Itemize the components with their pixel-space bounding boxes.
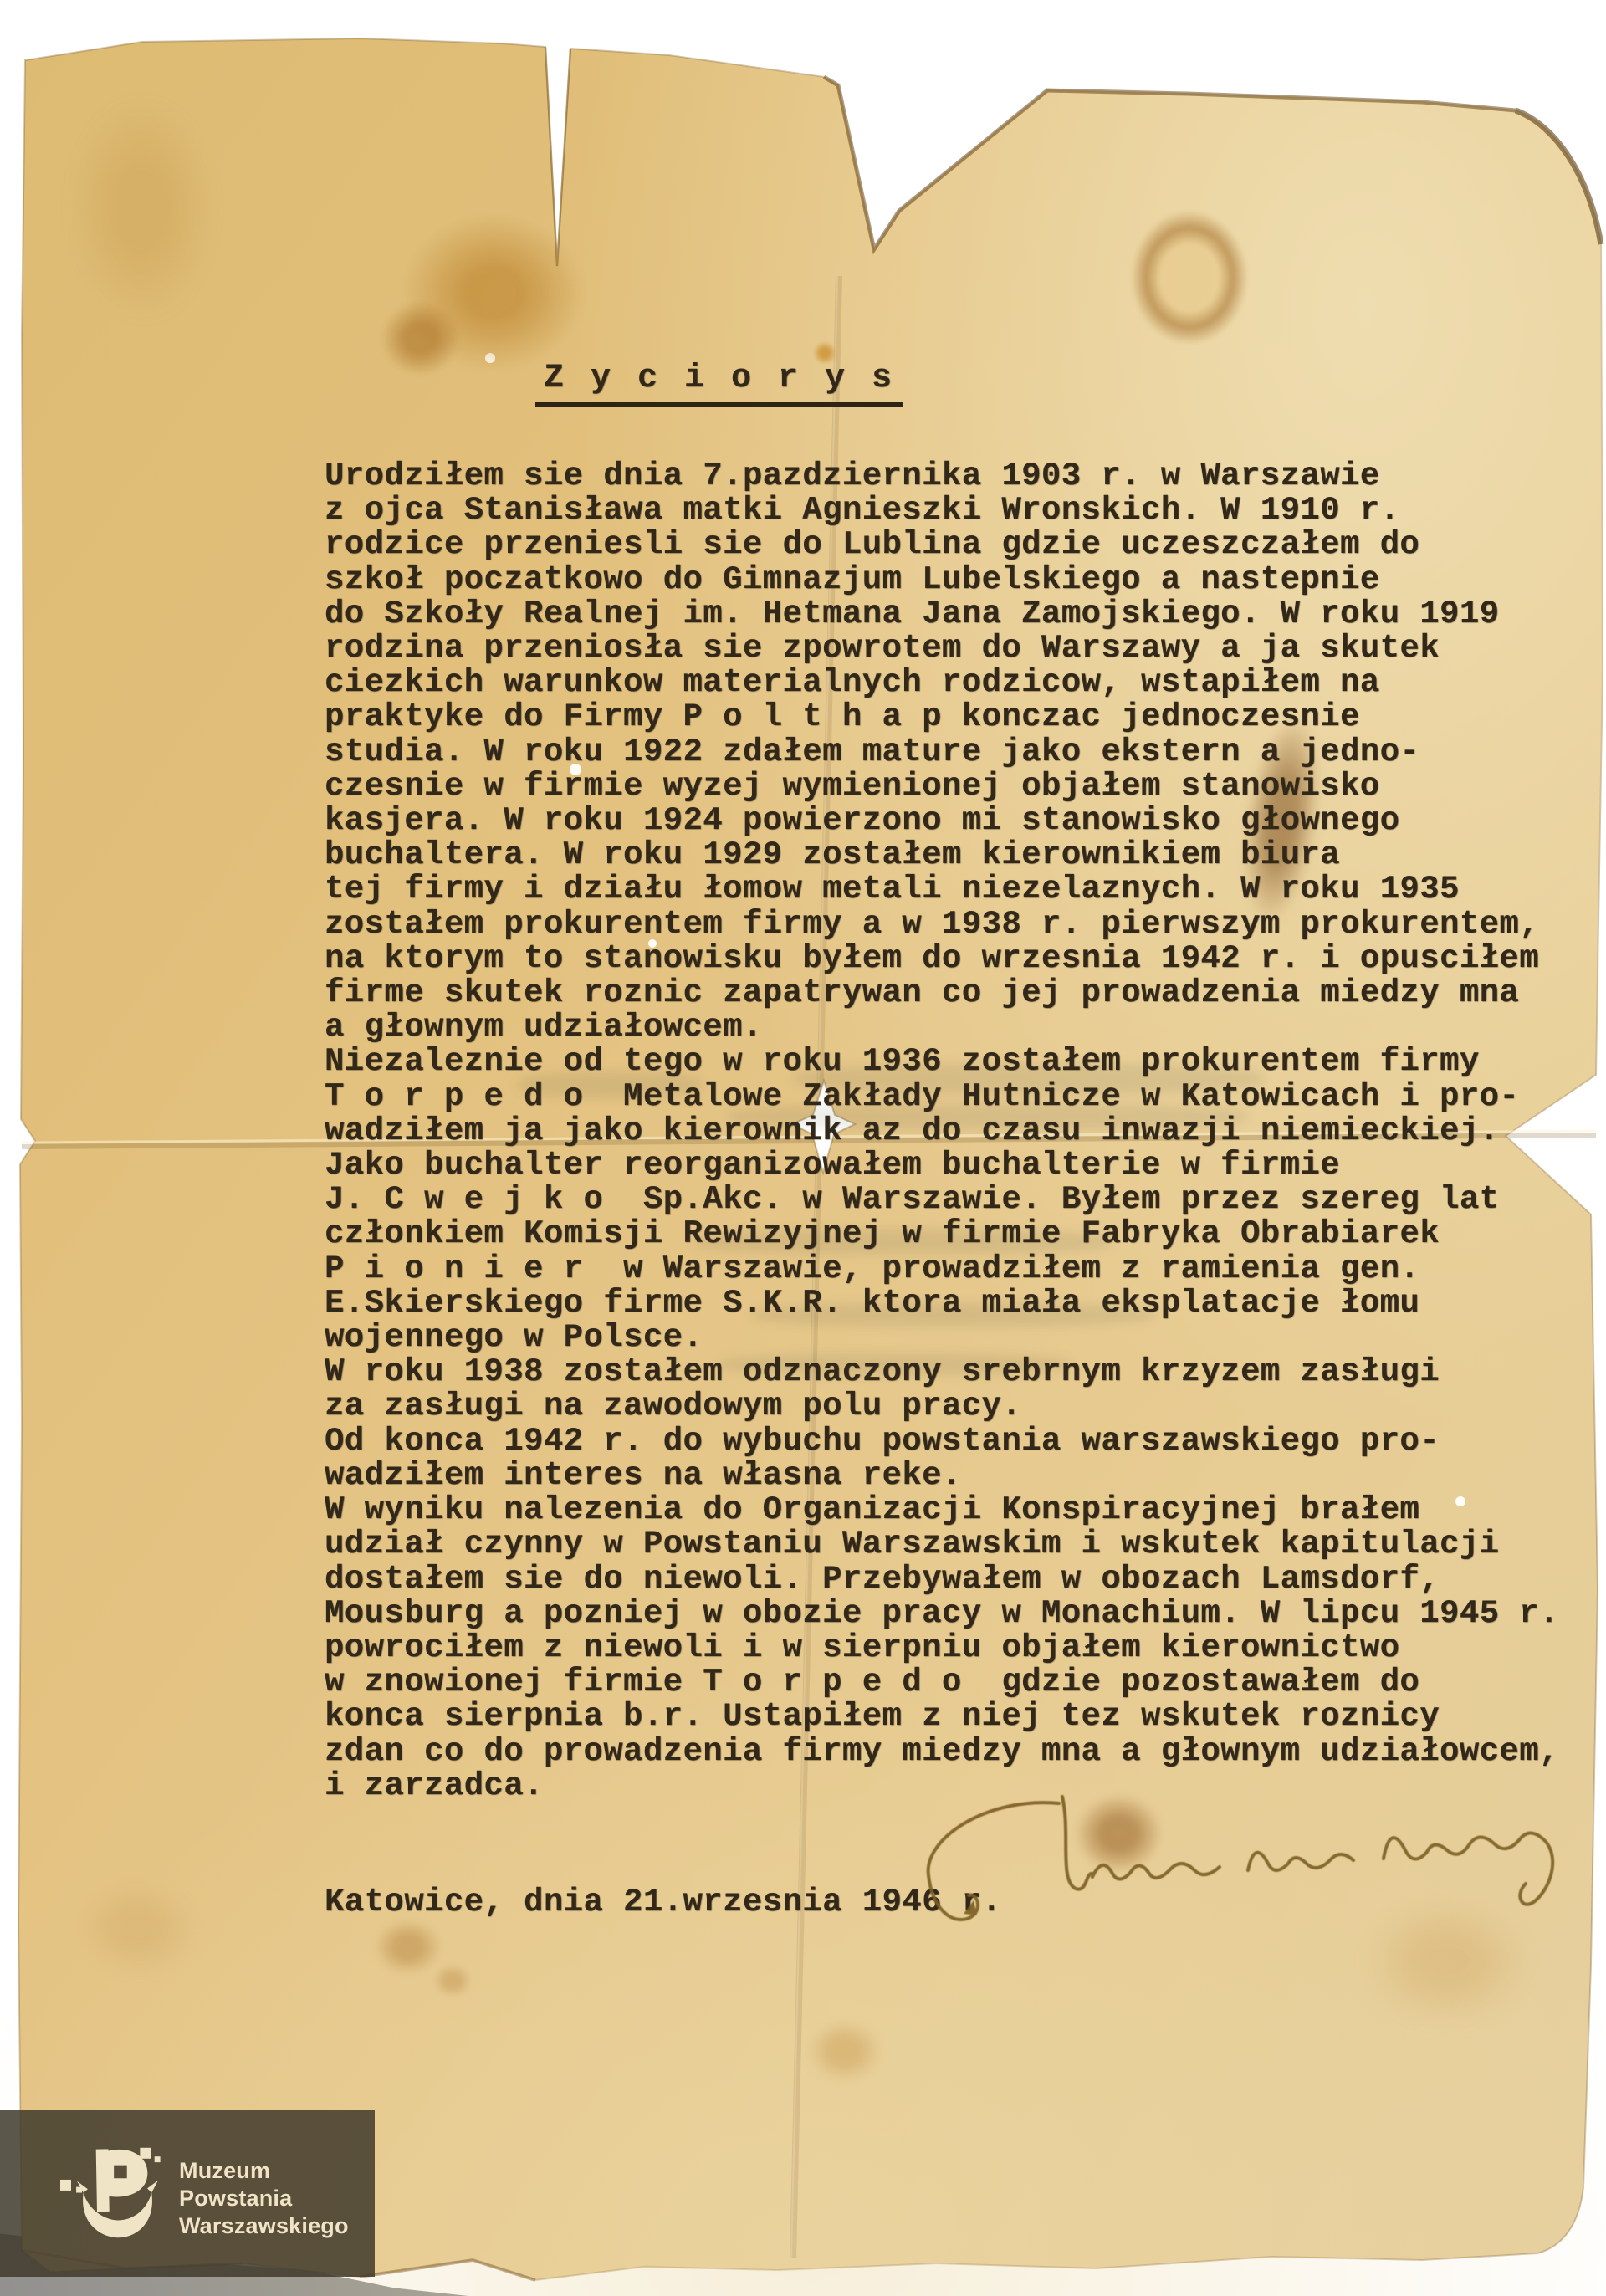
- scanned-document-page: Z y c i o r y s Urodziłem sie dnia 7.paz…: [0, 0, 1606, 2296]
- watermark-line: Powstania: [179, 2185, 349, 2212]
- kotwica-anchor-icon: [60, 2140, 169, 2251]
- watermark-line: Muzeum: [179, 2157, 349, 2185]
- museum-watermark: Muzeum Powstania Warszawskiego: [0, 2110, 375, 2277]
- watermark-line: Warszawskiego: [179, 2212, 349, 2240]
- handwritten-signature: [0, 0, 1606, 2296]
- museum-watermark-text: Muzeum Powstania Warszawskiego: [179, 2157, 349, 2240]
